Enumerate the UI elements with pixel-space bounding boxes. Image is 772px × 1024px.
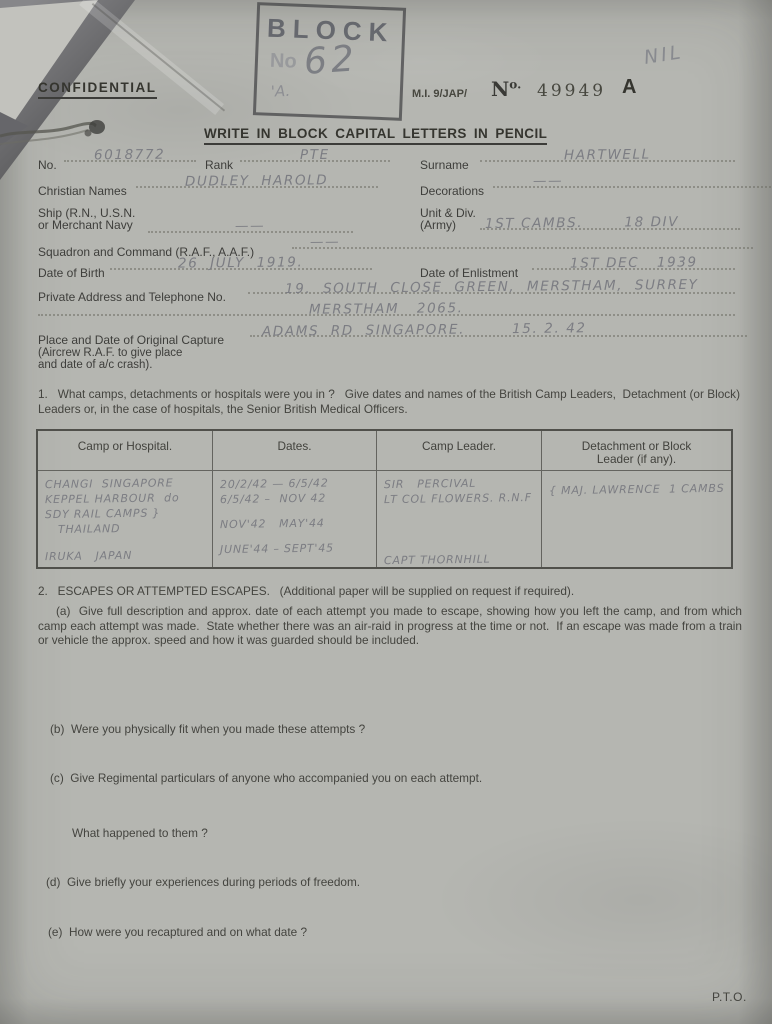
capture-note-line2: and date of a/c crash).: [38, 359, 152, 372]
dates-line: JUNE'44 – SEPT'45: [220, 540, 373, 557]
no-value-handwritten: 6018772: [94, 147, 165, 164]
col-header-camp: Camp or Hospital.: [38, 431, 212, 471]
private-address-field: 19. SOUTH CLOSE GREEN, MERSTHAM, SURREY: [248, 275, 735, 294]
rank-field: PTE: [240, 143, 390, 162]
ship-value-handwritten: ——: [235, 218, 265, 234]
leader-line: LT COL FLOWERS. R.N.F: [384, 490, 538, 507]
decorations-field: ——: [493, 169, 772, 188]
squadron-field: ——: [292, 230, 753, 249]
squadron-value-handwritten: ——: [310, 234, 340, 250]
question-2c-followup-text: What happened to them ?: [72, 826, 472, 841]
block-stamp-number-handwritten: 62: [303, 38, 359, 82]
date-of-birth-label: Date of Birth: [38, 267, 105, 280]
cell-camp: CHANGI SINGAPORE KEPPEL HARBOUR do SDY R…: [38, 471, 212, 567]
private-address-field-line2: MERSTHAM 2065.: [38, 297, 735, 316]
decorations-value-handwritten: ——: [533, 173, 563, 189]
col-header-detachment-line2: Leader (if any).: [542, 453, 731, 466]
date-of-birth-field: 26 JULY 1919.: [110, 251, 372, 270]
surname-label: Surname: [420, 159, 469, 172]
capture-label: Place and Date of Original Capture: [38, 334, 224, 347]
capture-value-handwritten: ADAMS RD SINGAPORE. 15. 2. 42: [262, 320, 587, 339]
col-header-leader: Camp Leader.: [376, 431, 541, 471]
pto-marking: P.T.O.: [712, 990, 747, 1004]
detachment-line: { MAJ. LAWRENCE 1 CAMBS: [549, 481, 728, 498]
date-of-birth-value-handwritten: 26 JULY 1919.: [178, 254, 304, 271]
date-of-enlistment-value-handwritten: 1ST DEC 1939: [570, 254, 698, 271]
christian-names-value-handwritten: DUDLEY HAROLD: [185, 172, 328, 189]
cell-detachment: { MAJ. LAWRENCE 1 CAMBS: [541, 471, 731, 567]
block-stamp-no-label: No: [270, 50, 298, 74]
file-ref-no-label: No.: [491, 77, 521, 101]
cell-dates: 20/2/42 — 6/5/42 6/5/42 – NOV 42 NOV'42 …: [212, 471, 376, 567]
nil-handwritten: NIL: [643, 41, 685, 69]
leader-line: CAPT THORNHILL: [384, 551, 538, 568]
surname-field: HARTWELL: [480, 143, 735, 162]
file-ref-letter: A: [622, 76, 636, 99]
no-label: No.: [38, 159, 57, 172]
confidential-marking: CONFIDENTIAL: [38, 80, 157, 99]
question-2-heading: 2. ESCAPES OR ATTEMPTED ESCAPES. (Additi…: [38, 584, 740, 599]
file-ref-prefix: M.I. 9/JAP/: [412, 88, 467, 100]
ship-label-line2: or Merchant Navy: [38, 219, 133, 232]
question-2d-text: (d) Give briefly your experiences during…: [46, 875, 696, 890]
christian-names-label: Christian Names: [38, 185, 127, 198]
block-stamp-scribble: 'A.: [271, 82, 291, 101]
camp-line: IRUKA JAPAN: [45, 547, 209, 564]
col-header-dates: Dates.: [212, 431, 376, 471]
no-field: 6018772: [64, 143, 196, 162]
file-ref-number: 49949: [537, 81, 606, 101]
camps-table: Camp or Hospital. Dates. Camp Leader. De…: [36, 429, 733, 569]
date-of-enlistment-field: 1ST DEC 1939: [532, 251, 735, 270]
capture-field: ADAMS RD SINGAPORE. 15. 2. 42: [250, 318, 747, 337]
scanned-pow-form-page: CONFIDENTIAL BLOCK No 62 'A. M.I. 9/JAP/…: [0, 0, 772, 1024]
dates-line: 6/5/42 – NOV 42: [220, 490, 373, 507]
private-address-value-handwritten: 19. SOUTH CLOSE GREEN, MERSTHAM, SURREY: [285, 277, 699, 297]
camp-line: THAILAND: [45, 520, 209, 537]
unit-div-field: 1ST CAMBS. 18 DIV: [480, 211, 740, 230]
question-2c-text: (c) Give Regimental particulars of anyon…: [50, 771, 700, 786]
decorations-label: Decorations: [420, 185, 484, 198]
ref-no-sup: o.: [509, 77, 521, 91]
block-stamp: BLOCK No 62 'A.: [253, 2, 406, 121]
question-2e-text: (e) How were you recaptured and on what …: [48, 925, 698, 940]
col-header-detachment: Detachment or Block Leader (if any).: [541, 431, 731, 471]
question-2b-text: (b) Were you physically fit when you mad…: [50, 722, 700, 737]
surname-value-handwritten: HARTWELL: [564, 147, 651, 164]
private-address-value2-handwritten: MERSTHAM 2065.: [309, 300, 464, 318]
cell-leader: SIR PERCIVAL LT COL FLOWERS. R.N.F CAPT …: [376, 471, 541, 567]
rank-value-handwritten: PTE: [300, 147, 330, 163]
question-1-text: 1. What camps, detachments or hospitals …: [38, 387, 740, 416]
question-2a-text: (a) Give full description and approx. da…: [38, 604, 742, 648]
ref-no-n: N: [491, 77, 509, 101]
dates-line: NOV'42 MAY'44: [220, 515, 373, 532]
col-header-detachment-line1: Detachment or Block: [542, 440, 731, 453]
christian-names-field: DUDLEY HAROLD: [136, 169, 378, 188]
